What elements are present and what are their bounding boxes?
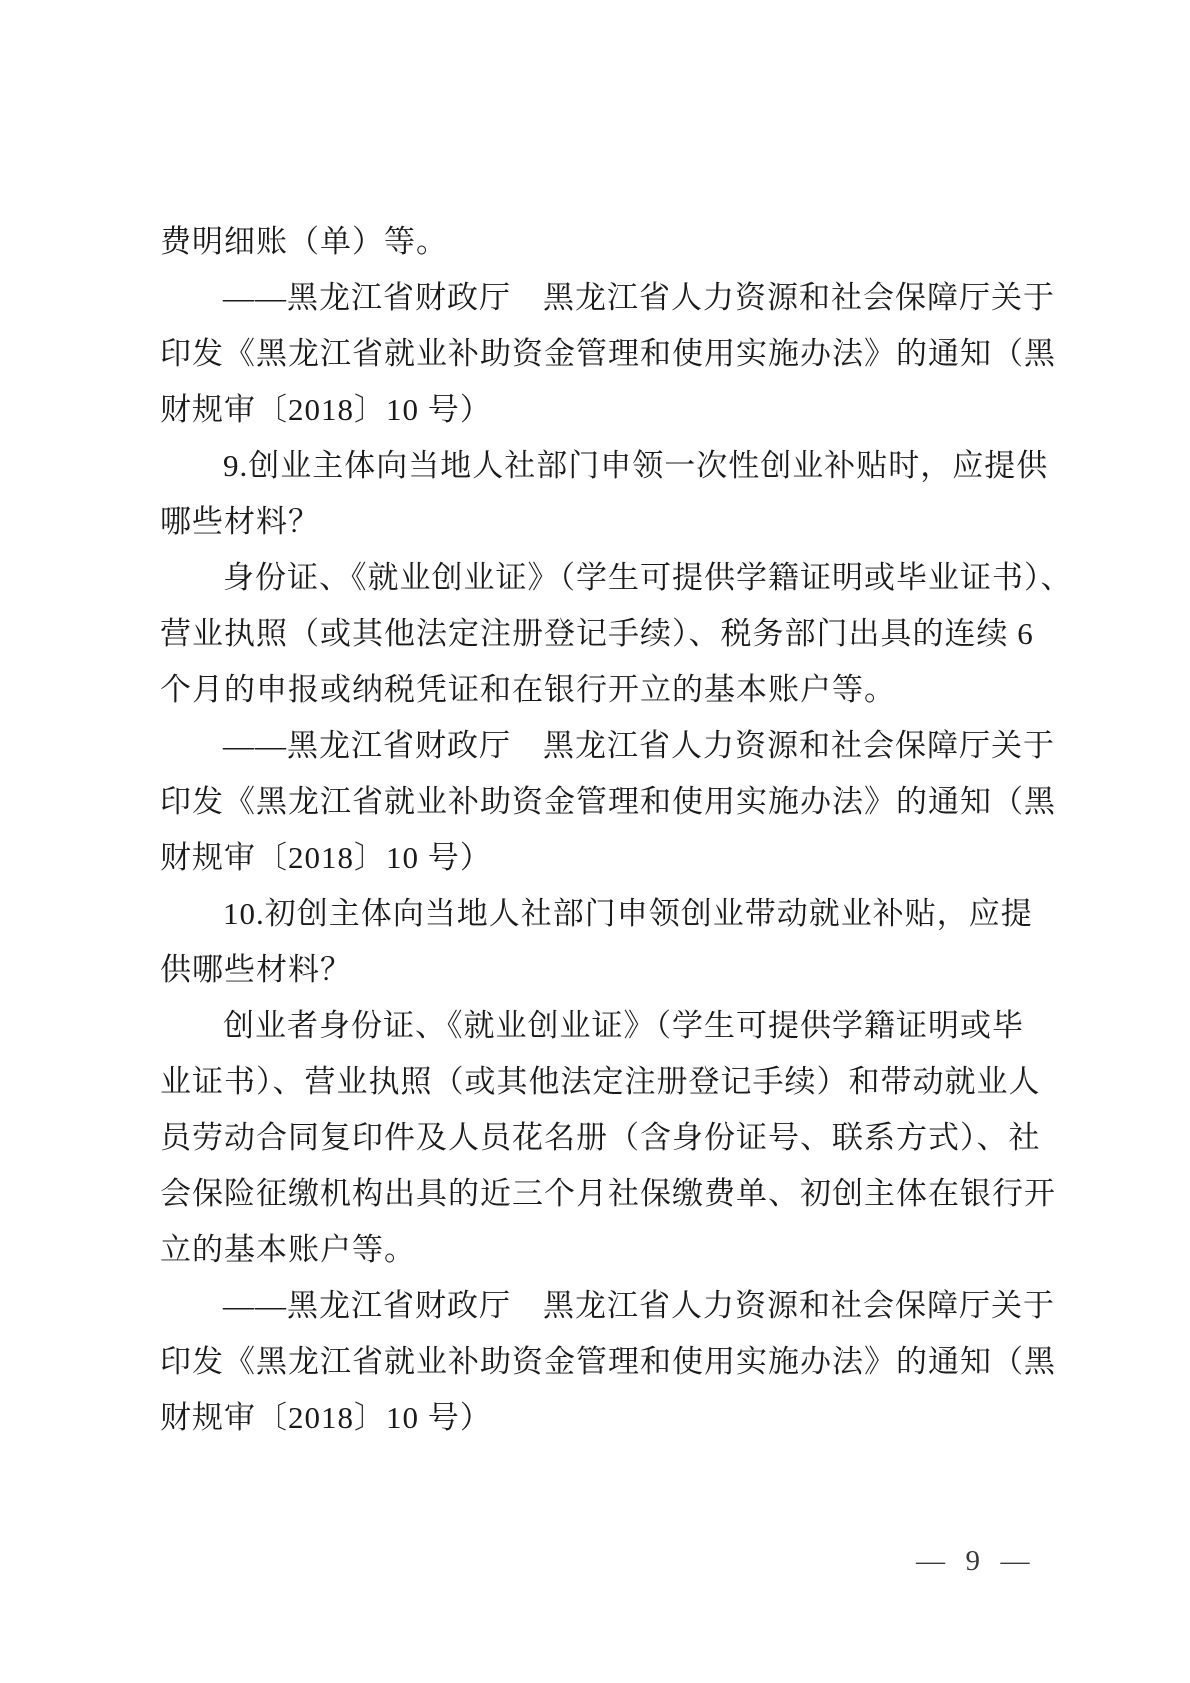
text-line: 身份证、《就业创业证》（学生可提供学籍证明或毕业证书）、 [160, 550, 1044, 606]
page-number: — 9 — [916, 1540, 1032, 1582]
text-line: ——黑龙江省财政厅 黑龙江省人力资源和社会保障厅关于 [160, 270, 1044, 326]
text-line: 财规审〔2018〕10 号） [160, 1390, 1044, 1446]
text-line: 印发《黑龙江省就业补助资金管理和使用实施办法》的通知（黑 [160, 1334, 1044, 1390]
text-line: 印发《黑龙江省就业补助资金管理和使用实施办法》的通知（黑 [160, 774, 1044, 830]
text-line: 业证书）、营业执照（或其他法定注册登记手续）和带动就业人 [160, 1054, 1044, 1110]
text-line: 员劳动合同复印件及人员花名册（含身份证号、联系方式）、社 [160, 1110, 1044, 1166]
text-line: 9.创业主体向当地人社部门申领一次性创业补贴时，应提供 [160, 438, 1044, 494]
text-line: ——黑龙江省财政厅 黑龙江省人力资源和社会保障厅关于 [160, 1278, 1044, 1334]
text-line: ——黑龙江省财政厅 黑龙江省人力资源和社会保障厅关于 [160, 718, 1044, 774]
text-line: 哪些材料？ [160, 494, 1044, 550]
text-line: 财规审〔2018〕10 号） [160, 830, 1044, 886]
text-line: 立的基本账户等。 [160, 1222, 1044, 1278]
text-line: 财规审〔2018〕10 号） [160, 382, 1044, 438]
text-line: 会保险征缴机构出具的近三个月社保缴费单、初创主体在银行开 [160, 1166, 1044, 1222]
text-line: 费明细账（单）等。 [160, 214, 1044, 270]
text-line: 印发《黑龙江省就业补助资金管理和使用实施办法》的通知（黑 [160, 326, 1044, 382]
text-line: 个月的申报或纳税凭证和在银行开立的基本账户等。 [160, 662, 1044, 718]
text-line: 10.初创主体向当地人社部门申领创业带动就业补贴，应提 [160, 886, 1044, 942]
document-page: 费明细账（单）等。 ——黑龙江省财政厅 黑龙江省人力资源和社会保障厅关于 印发《… [0, 0, 1190, 1683]
text-line: 供哪些材料？ [160, 942, 1044, 998]
document-body: 费明细账（单）等。 ——黑龙江省财政厅 黑龙江省人力资源和社会保障厅关于 印发《… [160, 214, 1044, 1446]
text-line: 创业者身份证、《就业创业证》（学生可提供学籍证明或毕 [160, 998, 1044, 1054]
text-line: 营业执照（或其他法定注册登记手续）、税务部门出具的连续 6 [160, 606, 1044, 662]
